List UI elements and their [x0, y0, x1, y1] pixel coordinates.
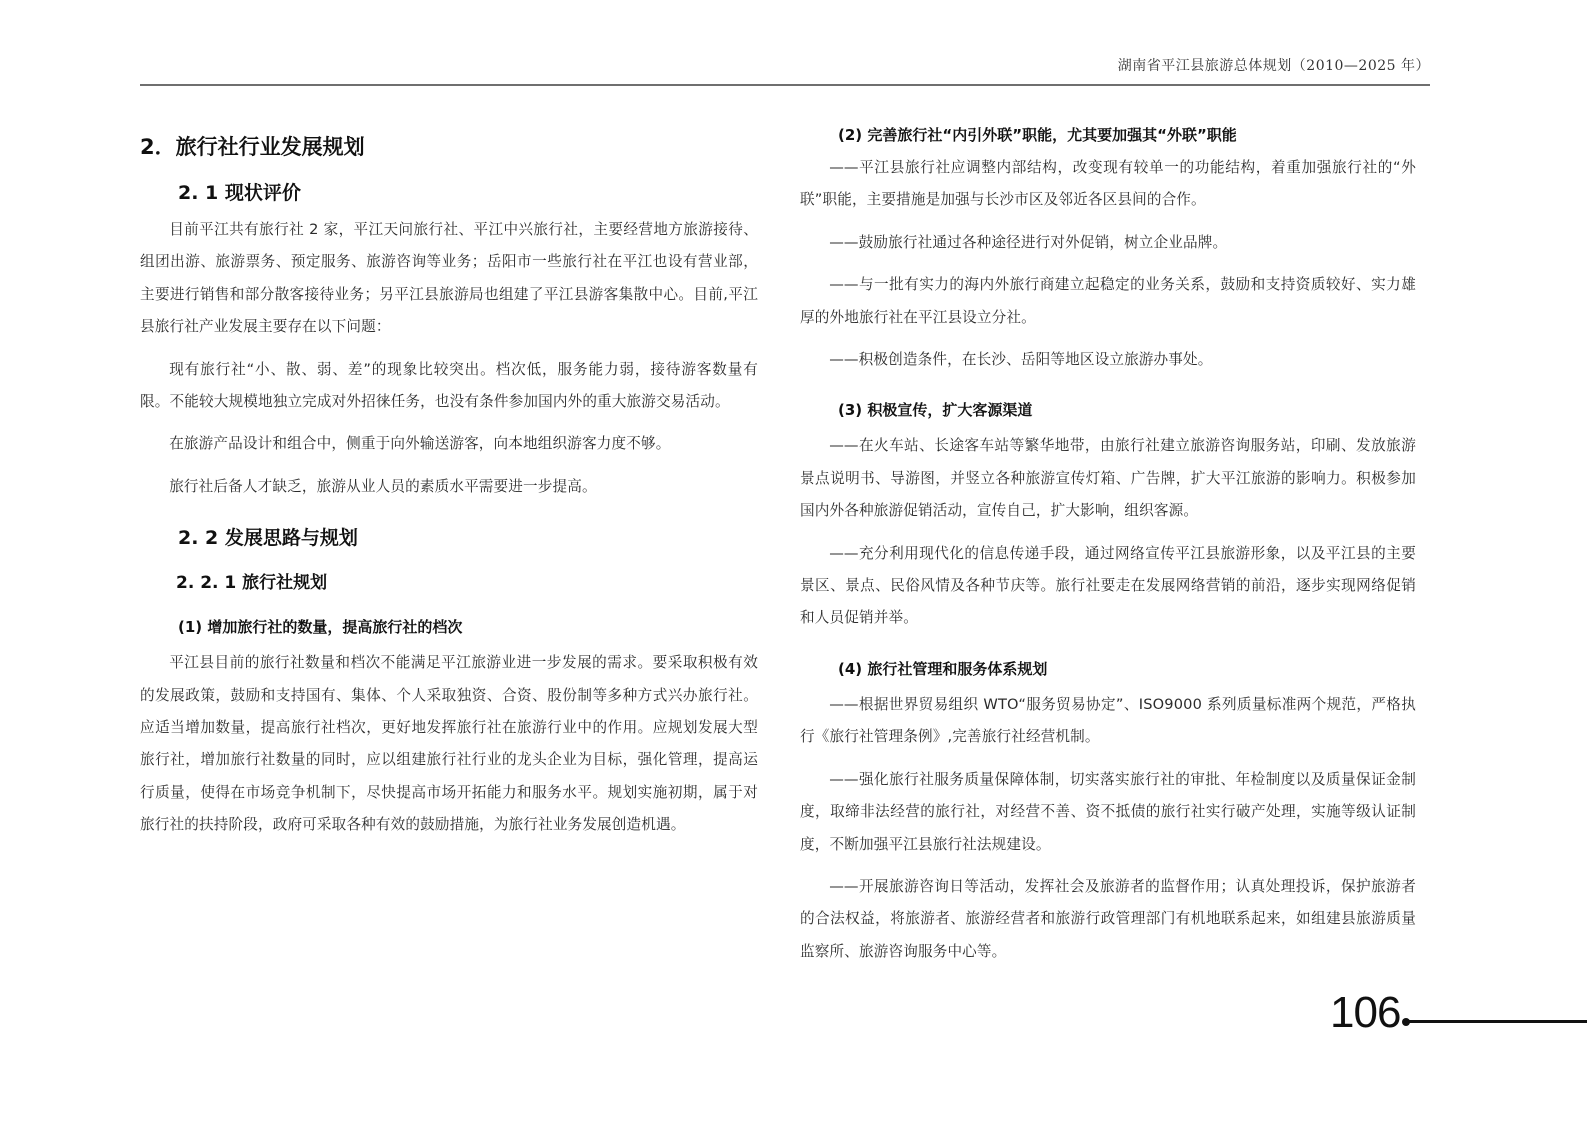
paragraph: 目前平江共有旅行社 2 家，平江天问旅行社、平江中兴旅行社，主要经营地方旅游接待… [140, 214, 758, 344]
item-title-2: (2) 完善旅行社“内引外联”职能，尤其要加强其“外联”职能 [838, 118, 1416, 152]
page-number: 106 [1330, 988, 1400, 1038]
left-column: 2．旅行社行业发展规划 2. 1 现状评价 目前平江共有旅行社 2 家，平江天问… [140, 118, 758, 852]
right-column: (2) 完善旅行社“内引外联”职能，尤其要加强其“外联”职能 ——平江县旅行社应… [800, 118, 1416, 978]
paragraph: ——鼓励旅行社通过各种途径进行对外促销，树立企业品牌。 [800, 227, 1416, 259]
paragraph: 现有旅行社“小、散、弱、差”的现象比较突出。档次低，服务能力弱，接待游客数量有限… [140, 354, 758, 419]
subsection-title-2-2: 2. 2 发展思路与规划 [178, 513, 758, 559]
paragraph: ——平江县旅行社应调整内部结构，改变现有较单一的功能结构，着重加强旅行社的“外联… [800, 152, 1416, 217]
item-title-1: (1) 增加旅行社的数量，提高旅行社的档次 [178, 603, 758, 647]
item-title-3: (3) 积极宣传，扩大客源渠道 [838, 386, 1416, 430]
running-header-title: 湖南省平江县旅游总体规划（2010—2025 年） [1118, 55, 1430, 75]
paragraph: 在旅游产品设计和组合中，侧重于向外输送游客，向本地组织游客力度不够。 [140, 428, 758, 460]
paragraph: ——开展旅游咨询日等活动，发挥社会及旅游者的监督作用；认真处理投诉，保护旅游者的… [800, 871, 1416, 968]
paragraph: ——强化旅行社服务质量保障体制，切实落实旅行社的审批、年检制度以及质量保证金制度… [800, 764, 1416, 861]
section-title: 2．旅行社行业发展规划 [140, 126, 758, 168]
subsection-title-2-1: 2. 1 现状评价 [178, 168, 758, 214]
paragraph: ——积极创造条件，在长沙、岳阳等地区设立旅游办事处。 [800, 344, 1416, 376]
paragraph: ——根据世界贸易组织 WTO“服务贸易协定”、ISO9000 系列质量标准两个规… [800, 689, 1416, 754]
paragraph: ——在火车站、长途客车站等繁华地带，由旅行社建立旅游咨询服务站，印刷、发放旅游景… [800, 430, 1416, 527]
paragraph: 平江县目前的旅行社数量和档次不能满足平江旅游业进一步发展的需求。要采取积极有效的… [140, 647, 758, 841]
paragraph: ——与一批有实力的海内外旅行商建立起稳定的业务关系，鼓励和支持资质较好、实力雄厚… [800, 269, 1416, 334]
header-rule [140, 84, 1430, 86]
paragraph: ——充分利用现代化的信息传递手段，通过网络宣传平江县旅游形象，以及平江县的主要景… [800, 538, 1416, 635]
subsection-title-2-2-1: 2. 2. 1 旅行社规划 [176, 559, 758, 603]
footer-rule [1406, 1020, 1587, 1023]
item-title-4: (4) 旅行社管理和服务体系规划 [838, 645, 1416, 689]
paragraph: 旅行社后备人才缺乏，旅游从业人员的素质水平需要进一步提高。 [140, 471, 758, 503]
